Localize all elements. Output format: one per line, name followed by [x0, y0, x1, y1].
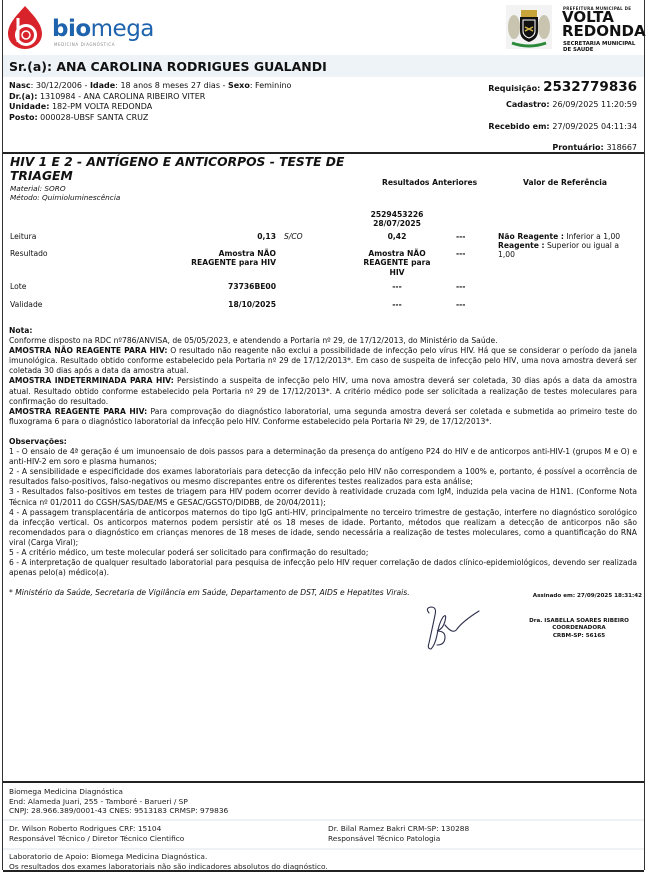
- previous-lote: ---: [362, 282, 432, 291]
- pref-secretaria: SECRETARIA MUNICIPALDE SAUDE: [563, 41, 635, 54]
- note-item: AMOSTRA NÃO REAGENTE PARA HIV: O resulta…: [9, 346, 637, 376]
- reference-values: Não Reagente : Inferior a 1,00 Reagente …: [498, 232, 638, 259]
- exam-title: HIV 1 E 2 - ANTÍGENO E ANTICORPOS - TEST…: [10, 156, 350, 183]
- note-item: AMOSTRA INDETERMINADA PARA HIV: Persisti…: [9, 376, 637, 406]
- footer-separator: [3, 819, 644, 821]
- divider: [3, 152, 644, 154]
- observation-item: 2 - A sensibilidade e especificidade dos…: [9, 467, 637, 487]
- previous-exam-id: 252945322628/07/2025: [362, 210, 432, 229]
- exam-meta: Material: SORO Método: Quimioluminescênc…: [10, 185, 120, 203]
- observation-item: 5 - A critério médico, um teste molecula…: [9, 548, 637, 558]
- signer-name: Dra. ISABELLA SOARES RIBEIRO: [524, 618, 634, 625]
- footer-lab-info: Biomega Medicina Diagnóstica End: Alamed…: [9, 787, 228, 816]
- footer-separator: [3, 848, 644, 850]
- received-date: Recebido em: 27/09/2025 04:11:34: [488, 122, 637, 133]
- previous2-lote: ---: [456, 282, 465, 291]
- footer-disclaimer: Laboratorio de Apoio: Biomega Medicina D…: [9, 852, 328, 871]
- signature-icon: [423, 605, 485, 653]
- previous2-leitura: ---: [456, 232, 465, 241]
- previous-leitura: 0,42: [362, 232, 432, 241]
- signer-block: Dra. ISABELLA SOARES RIBEIRO COORDENADOR…: [524, 618, 634, 640]
- previous2-resultado: ---: [456, 249, 465, 258]
- row-label-lote: Lote: [10, 282, 26, 291]
- previous-validade: ---: [362, 300, 432, 309]
- brand-wordmark: biomega: [52, 14, 154, 44]
- current-resultado: Amostra NÃO REAGENTE para HIV: [176, 249, 276, 268]
- observation-item: 3 - Resultados falso-positivos em testes…: [9, 487, 637, 507]
- footer-resp-2: Dr. Bilal Ramez Bakri CRM-SP: 130288 Res…: [328, 824, 469, 843]
- patient-doctor: Dr.(a): 1310984 - ANA CAROLINA RIBEIRO V…: [9, 92, 291, 103]
- observation-item: 1 - O ensaio de 4ª geração é um imunoens…: [9, 447, 637, 467]
- biomega-drop-icon: [6, 4, 44, 50]
- patient-birth-line: Nasc: 30/12/2006 - Idade: 18 anos 8 mese…: [9, 81, 291, 92]
- prefeitura-logo: PREFEITURA MUNICIPAL DE VOLTAREDONDA SEC…: [502, 2, 642, 52]
- patient-unit: Unidade: 182-PM VOLTA REDONDA: [9, 102, 291, 113]
- current-lote: 73736BE00: [176, 282, 276, 291]
- biomega-logo: biomega MEDICINA DIAGNÓSTICA: [6, 4, 146, 50]
- footer-divider: [3, 781, 644, 783]
- nota-title: Nota:: [9, 326, 32, 335]
- note-item: AMOSTRA REAGENTE PARA HIV: Para comprova…: [9, 407, 637, 427]
- observations-title: Observações:: [9, 437, 67, 446]
- patient-name: Sr.(a): ANA CAROLINA RODRIGUES GUALANDI: [9, 59, 327, 76]
- pref-city: VOLTAREDONDA: [562, 10, 646, 38]
- footer-resp-1: Dr. Wilson Roberto Rodrigues CRF: 15104 …: [9, 824, 184, 843]
- previous-results-header: Resultados Anteriores: [382, 178, 477, 188]
- observation-item: 6 - A interpretação de qualquer resultad…: [9, 558, 637, 578]
- reference-header: Valor de Referência: [523, 178, 607, 188]
- row-label-resultado: Resultado: [10, 249, 48, 258]
- cadastro-date: Cadastro: 26/09/2025 11:20:59: [506, 100, 637, 111]
- requisition: Requisição: 2532779836: [488, 79, 637, 97]
- signed-at: Assinado em: 27/09/2025 18:31:42: [533, 593, 642, 600]
- current-leitura: 0,13: [176, 232, 276, 241]
- brand-tagline: MEDICINA DIAGNÓSTICA: [54, 42, 115, 47]
- patient-post: Posto: 000028-UBSF SANTA CRUZ: [9, 113, 291, 124]
- row-label-validade: Validade: [10, 300, 42, 309]
- notes-section: Nota: Conforme disposto na RDC nº786/ANV…: [9, 326, 637, 598]
- nota-text: Conforme disposto na RDC nº786/ANVISA, d…: [9, 336, 637, 346]
- observation-item: 4 - A passagem transplacentária de antic…: [9, 508, 637, 548]
- leitura-unit: S/CO: [284, 232, 303, 241]
- current-validade: 18/10/2025: [176, 300, 276, 309]
- city-crest-icon: [506, 5, 552, 49]
- bottom-border: [3, 870, 644, 872]
- previous2-validade: ---: [456, 300, 465, 309]
- row-label-leitura: Leitura: [10, 232, 36, 241]
- signer-role: COORDENADORA: [524, 625, 634, 632]
- signer-crbm: CRBM-SP: 56165: [524, 633, 634, 640]
- patient-info: Nasc: 30/12/2006 - Idade: 18 anos 8 mese…: [9, 81, 291, 123]
- previous-resultado: Amostra NÃO REAGENTE para HIV: [362, 249, 432, 277]
